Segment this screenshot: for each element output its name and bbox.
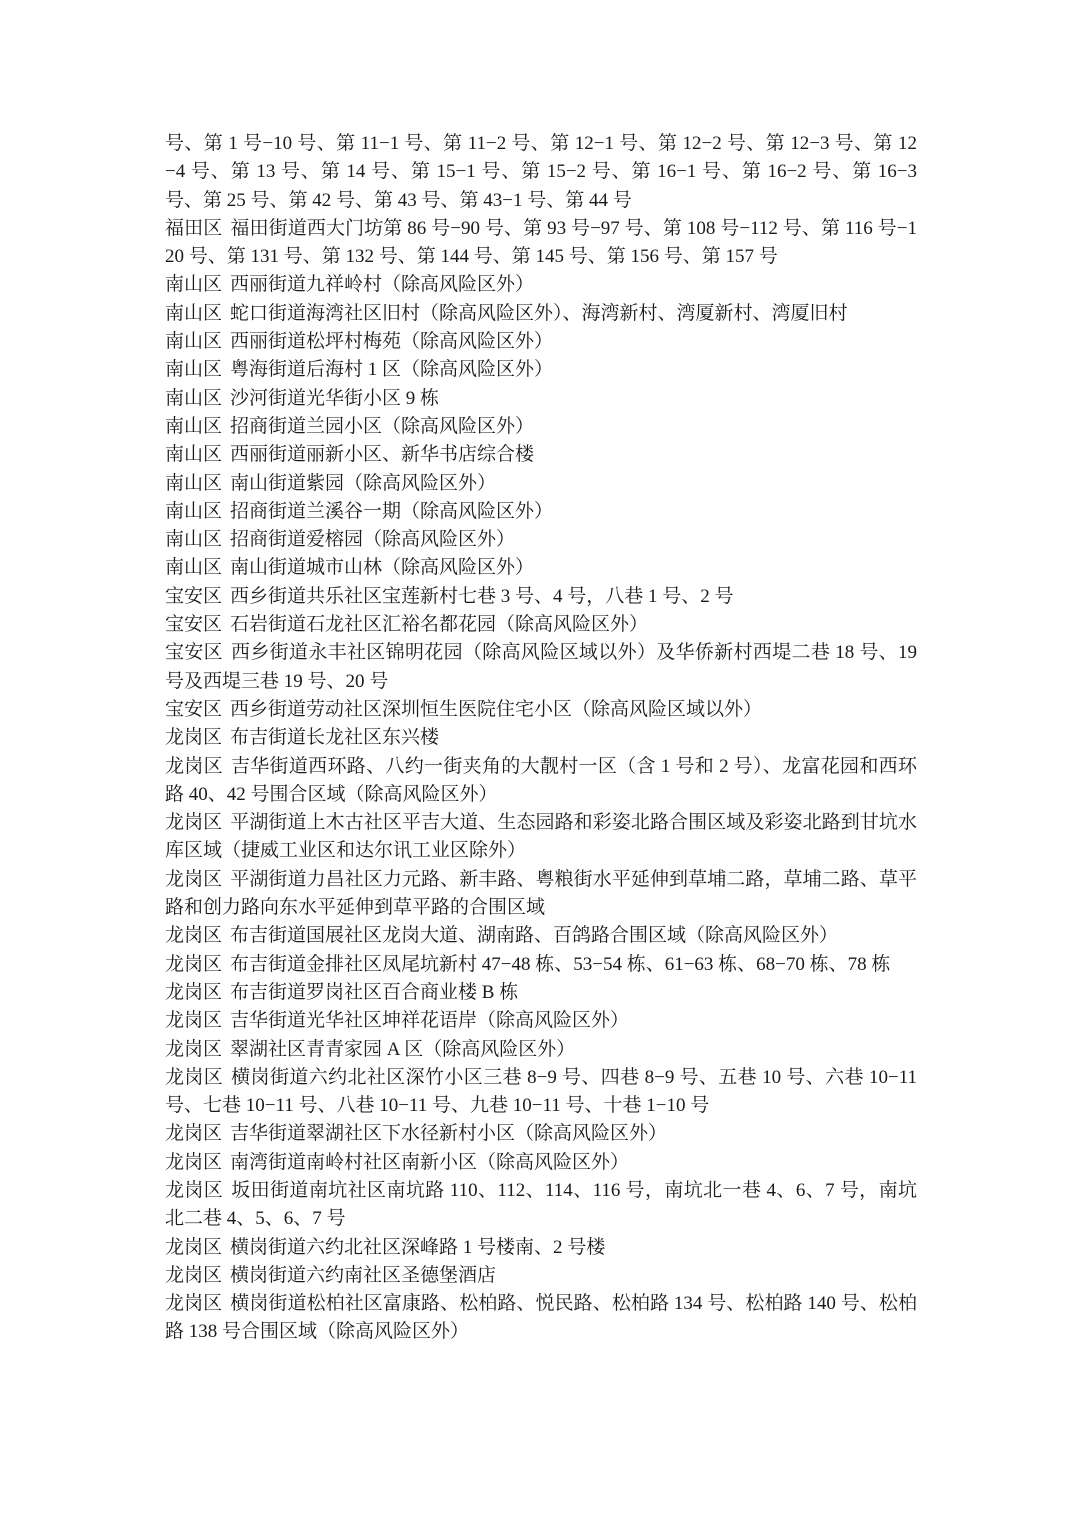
list-item: 龙岗区吉华街道光华社区坤祥花语岸（除高风险区外） (165, 1007, 917, 1035)
continuation-text: 号、第 1 号−10 号、第 11−1 号、第 11−2 号、第 12−1 号、… (165, 130, 917, 215)
list-item: 龙岗区横岗街道六约南社区圣德堡酒店 (165, 1262, 917, 1290)
area-description: 平湖街道上木古社区平吉大道、生态园路和彩姿北路合围区域及彩姿北路到甘坑水库区域（… (165, 812, 917, 861)
district-label: 南山区 (165, 331, 222, 352)
area-description: 西丽街道松坪村梅苑（除高风险区外） (230, 331, 553, 352)
list-item: 宝安区西乡街道永丰社区锦明花园（除高风险区域以外）及华侨新村西堤二巷 18 号、… (165, 639, 917, 696)
district-label: 龙岗区 (165, 1010, 222, 1031)
list-item: 南山区招商街道爱榕园（除高风险区外） (165, 526, 917, 554)
area-description: 招商街道兰溪谷一期（除高风险区外） (230, 501, 553, 522)
list-item: 南山区南山街道城市山林（除高风险区外） (165, 554, 917, 582)
list-item: 南山区粤海街道后海村 1 区（除高风险区外） (165, 356, 917, 384)
area-description: 沙河街道光华街小区 9 栋 (230, 388, 439, 409)
list-item: 福田区福田街道西大门坊第 86 号−90 号、第 93 号−97 号、第 108… (165, 215, 917, 272)
list-item: 南山区南山街道紫园（除高风险区外） (165, 470, 917, 498)
list-item: 龙岗区横岗街道六约北社区深峰路 1 号楼南、2 号楼 (165, 1234, 917, 1262)
list-item: 宝安区西乡街道劳动社区深圳恒生医院住宅小区（除高风险区域以外） (165, 696, 917, 724)
district-label: 龙岗区 (165, 1237, 222, 1258)
district-label: 龙岗区 (165, 1293, 222, 1314)
district-label: 龙岗区 (165, 1265, 222, 1286)
list-item: 南山区西丽街道九祥岭村（除高风险区外） (165, 271, 917, 299)
district-label: 南山区 (165, 416, 222, 437)
district-label: 龙岗区 (165, 756, 223, 777)
area-description: 南山街道紫园（除高风险区外） (230, 473, 496, 494)
list-item: 龙岗区平湖街道上木古社区平吉大道、生态园路和彩姿北路合围区域及彩姿北路到甘坑水库… (165, 809, 917, 866)
list-item: 宝安区石岩街道石龙社区汇裕名都花园（除高风险区外） (165, 611, 917, 639)
list-item: 龙岗区布吉街道金排社区凤尾坑新村 47−48 栋、53−54 栋、61−63 栋… (165, 951, 917, 979)
list-item: 龙岗区坂田街道南坑社区南坑路 110、112、114、116 号，南坑北一巷 4… (165, 1177, 917, 1234)
area-description: 布吉街道罗岗社区百合商业楼 B 栋 (230, 982, 518, 1003)
list-item: 南山区沙河街道光华街小区 9 栋 (165, 385, 917, 413)
area-description: 粤海街道后海村 1 区（除高风险区外） (230, 359, 553, 380)
area-description: 招商街道爱榕园（除高风险区外） (230, 529, 515, 550)
list-item: 宝安区西乡街道共乐社区宝莲新村七巷 3 号、4 号，八巷 1 号、2 号 (165, 583, 917, 611)
list-item: 南山区招商街道兰园小区（除高风险区外） (165, 413, 917, 441)
list-item: 南山区招商街道兰溪谷一期（除高风险区外） (165, 498, 917, 526)
area-description: 石岩街道石龙社区汇裕名都花园（除高风险区外） (230, 614, 648, 635)
district-label: 龙岗区 (165, 869, 222, 890)
district-label: 龙岗区 (165, 1123, 222, 1144)
district-label: 宝安区 (165, 614, 222, 635)
district-label: 宝安区 (165, 642, 223, 663)
area-description: 西丽街道九祥岭村（除高风险区外） (230, 274, 534, 295)
list-item: 龙岗区吉华街道翠湖社区下水径新村小区（除高风险区外） (165, 1120, 917, 1148)
district-label: 龙岗区 (165, 1180, 223, 1201)
area-list: 福田区福田街道西大门坊第 86 号−90 号、第 93 号−97 号、第 108… (165, 215, 917, 1347)
area-description: 吉华街道翠湖社区下水径新村小区（除高风险区外） (230, 1123, 667, 1144)
district-label: 南山区 (165, 359, 222, 380)
list-item: 龙岗区吉华街道西环路、八约一街夹角的大靓村一区（含 1 号和 2 号）、龙富花园… (165, 753, 917, 810)
district-label: 南山区 (165, 388, 222, 409)
list-item: 龙岗区南湾街道南岭村社区南新小区（除高风险区外） (165, 1149, 917, 1177)
list-item: 龙岗区布吉街道长龙社区东兴楼 (165, 724, 917, 752)
district-label: 福田区 (165, 218, 222, 239)
area-description: 布吉街道国展社区龙岗大道、湖南路、百鸽路合围区域（除高风险区外） (230, 925, 838, 946)
district-label: 宝安区 (165, 699, 222, 720)
document-page: 号、第 1 号−10 号、第 11−1 号、第 11−2 号、第 12−1 号、… (165, 130, 917, 1347)
area-description: 布吉街道金排社区凤尾坑新村 47−48 栋、53−54 栋、61−63 栋、68… (230, 954, 890, 975)
list-item: 龙岗区布吉街道国展社区龙岗大道、湖南路、百鸽路合围区域（除高风险区外） (165, 922, 917, 950)
area-description: 南山街道城市山林（除高风险区外） (230, 557, 534, 578)
area-description: 招商街道兰园小区（除高风险区外） (230, 416, 534, 437)
district-label: 龙岗区 (165, 812, 222, 833)
district-label: 宝安区 (165, 586, 222, 607)
list-item: 龙岗区平湖街道力昌社区力元路、新丰路、粤粮街水平延伸到草埔二路，草埔二路、草平路… (165, 866, 917, 923)
area-description: 横岗街道松柏社区富康路、松柏路、悦民路、松柏路 134 号、松柏路 140 号、… (165, 1293, 917, 1342)
district-label: 龙岗区 (165, 954, 222, 975)
district-label: 南山区 (165, 473, 222, 494)
district-label: 龙岗区 (165, 1152, 222, 1173)
district-label: 龙岗区 (165, 1039, 222, 1060)
list-item: 龙岗区横岗街道六约北社区深竹小区三巷 8−9 号、四巷 8−9 号、五巷 10 … (165, 1064, 917, 1121)
area-description: 翠湖社区青青家园 A 区（除高风险区外） (230, 1039, 575, 1060)
district-label: 南山区 (165, 303, 222, 324)
area-description: 西丽街道丽新小区、新华书店综合楼 (230, 444, 534, 465)
area-description: 西乡街道永丰社区锦明花园（除高风险区域以外）及华侨新村西堤二巷 18 号、19 … (165, 642, 917, 691)
area-description: 横岗街道六约南社区圣德堡酒店 (230, 1265, 496, 1286)
district-label: 龙岗区 (165, 727, 222, 748)
area-description: 坂田街道南坑社区南坑路 110、112、114、116 号，南坑北一巷 4、6、… (165, 1180, 917, 1229)
area-description: 吉华街道西环路、八约一街夹角的大靓村一区（含 1 号和 2 号）、龙富花园和西环… (165, 756, 917, 805)
list-item: 南山区西丽街道松坪村梅苑（除高风险区外） (165, 328, 917, 356)
area-description: 布吉街道长龙社区东兴楼 (230, 727, 439, 748)
list-item: 龙岗区翠湖社区青青家园 A 区（除高风险区外） (165, 1036, 917, 1064)
list-item: 龙岗区横岗街道松柏社区富康路、松柏路、悦民路、松柏路 134 号、松柏路 140… (165, 1290, 917, 1347)
area-description: 南湾街道南岭村社区南新小区（除高风险区外） (230, 1152, 629, 1173)
area-description: 福田街道西大门坊第 86 号−90 号、第 93 号−97 号、第 108 号−… (165, 218, 917, 267)
district-label: 龙岗区 (165, 925, 222, 946)
district-label: 南山区 (165, 557, 222, 578)
area-description: 西乡街道劳动社区深圳恒生医院住宅小区（除高风险区域以外） (230, 699, 762, 720)
district-label: 南山区 (165, 529, 222, 550)
district-label: 南山区 (165, 444, 222, 465)
district-label: 南山区 (165, 501, 222, 522)
area-description: 西乡街道共乐社区宝莲新村七巷 3 号、4 号，八巷 1 号、2 号 (230, 586, 734, 607)
district-label: 龙岗区 (165, 1067, 223, 1088)
list-item: 龙岗区布吉街道罗岗社区百合商业楼 B 栋 (165, 979, 917, 1007)
list-item: 南山区西丽街道丽新小区、新华书店综合楼 (165, 441, 917, 469)
area-description: 横岗街道六约北社区深竹小区三巷 8−9 号、四巷 8−9 号、五巷 10 号、六… (165, 1067, 917, 1116)
area-description: 吉华街道光华社区坤祥花语岸（除高风险区外） (230, 1010, 629, 1031)
area-description: 横岗街道六约北社区深峰路 1 号楼南、2 号楼 (230, 1237, 605, 1258)
list-item: 南山区蛇口街道海湾社区旧村（除高风险区外）、海湾新村、湾厦新村、湾厦旧村 (165, 300, 917, 328)
area-description: 蛇口街道海湾社区旧村（除高风险区外）、海湾新村、湾厦新村、湾厦旧村 (230, 303, 848, 324)
area-description: 平湖街道力昌社区力元路、新丰路、粤粮街水平延伸到草埔二路，草埔二路、草平路和创力… (165, 869, 917, 918)
district-label: 龙岗区 (165, 982, 222, 1003)
district-label: 南山区 (165, 274, 222, 295)
